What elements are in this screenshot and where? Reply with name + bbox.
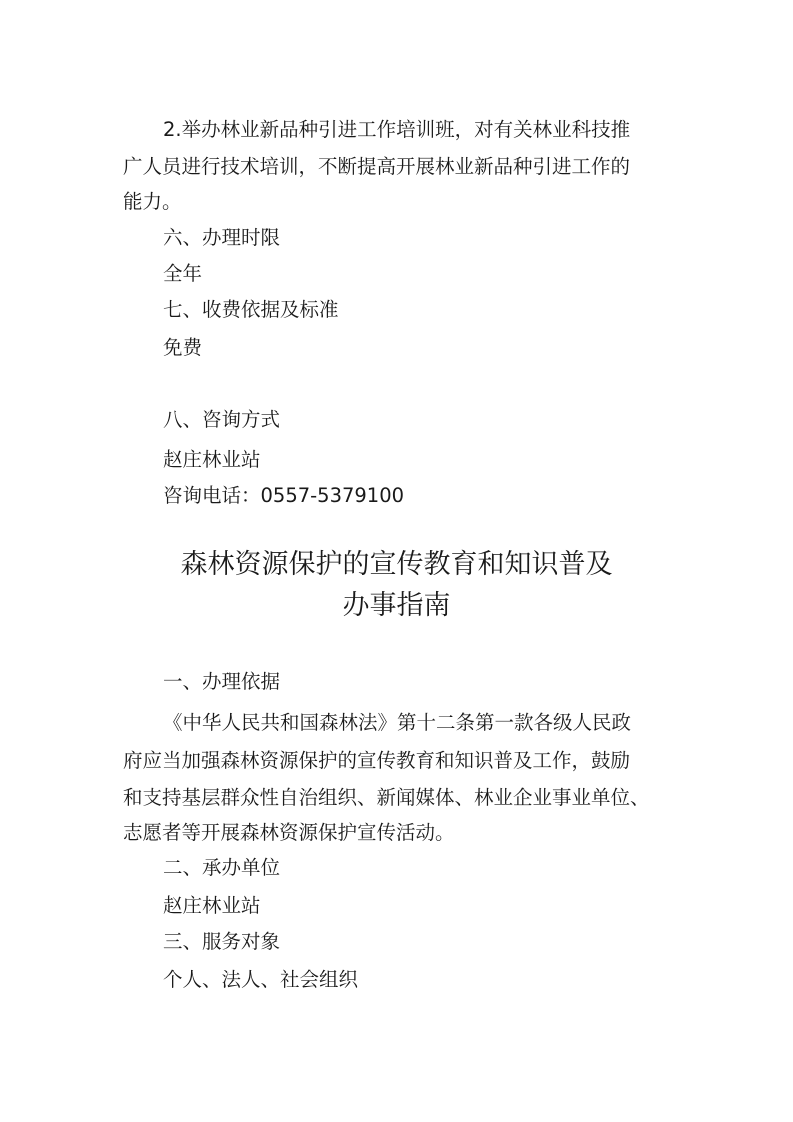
section-text: 赵庄林业站 (163, 894, 261, 918)
section-text: 全年 (163, 262, 202, 286)
section-text: 赵庄林业站 (163, 448, 261, 472)
section-heading: 一、办理依据 (163, 670, 280, 694)
paragraph-line: 能力。 (123, 190, 182, 214)
paragraph-line: 府应当加强森林资源保护的宣传教育和知识普及工作，鼓励 (123, 749, 630, 773)
guide-title: 森林资源保护的宣传教育和知识普及 (0, 548, 793, 582)
paragraph-line: 《中华人民共和国森林法》第十二条第一款各级人民政 (163, 711, 631, 735)
contact-phone: 咨询电话：0557-5379100 (163, 484, 404, 508)
paragraph-line: 志愿者等开展森林资源保护宣传活动。 (123, 821, 455, 845)
section-text: 个人、法人、社会组织 (163, 968, 358, 992)
guide-subtitle: 办事指南 (0, 589, 793, 623)
section-heading: 七、收费依据及标准 (163, 298, 339, 322)
paragraph-line: 2.举办林业新品种引进工作培训班，对有关林业科技推 (163, 118, 630, 142)
section-heading: 八、咨询方式 (163, 408, 280, 432)
section-heading: 六、办理时限 (163, 226, 280, 250)
section-heading: 二、承办单位 (163, 856, 280, 880)
section-heading: 三、服务对象 (163, 930, 280, 954)
section-text: 免费 (163, 336, 202, 360)
paragraph-line: 广人员进行技术培训，不断提高开展林业新品种引进工作的 (123, 155, 630, 179)
paragraph-line: 和支持基层群众性自治组织、新闻媒体、林业企业事业单位、 (123, 786, 650, 810)
